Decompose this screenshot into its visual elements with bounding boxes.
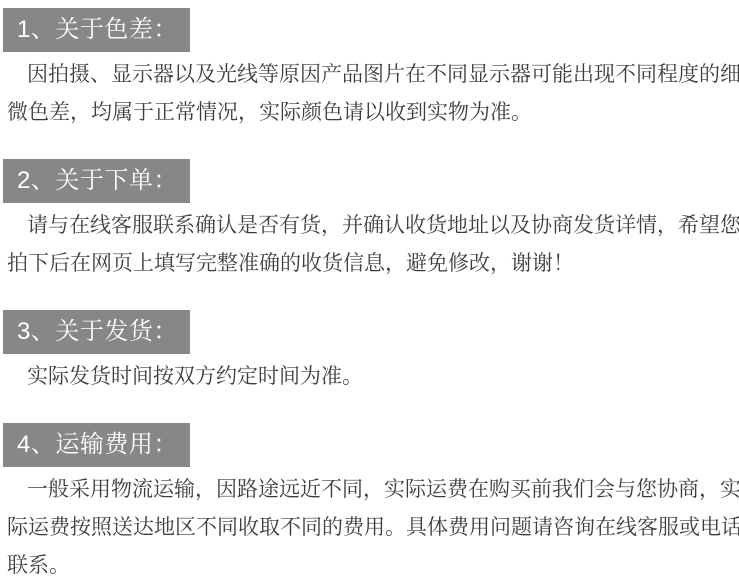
body-line: 请与在线客服联系确认是否有货，并确认收货地址以及协商发货详情，希望您 bbox=[7, 207, 735, 245]
body-ordering: 请与在线客服联系确认是否有货，并确认收货地址以及协商发货详情，希望您 拍下后在网… bbox=[7, 207, 735, 283]
body-line: 微色差，均属于正常情况，实际颜色请以收到实物为准。 bbox=[7, 94, 735, 132]
body-line: 联系。 bbox=[7, 547, 735, 581]
product-notice-page: 1、关于色差： 因拍摄、显示器以及光线等原因产品图片在不同显示器可能出现不同程度… bbox=[0, 0, 739, 581]
section-transport-cost: 4、运输费用： 一般采用物流运输，因路途远近不同，实际运费在购买前我们会与您协商… bbox=[0, 423, 739, 581]
section-shipping: 3、关于发货： 实际发货时间按双方约定时间为准。 bbox=[0, 310, 739, 396]
body-line: 实际发货时间按双方约定时间为准。 bbox=[7, 358, 735, 396]
body-shipping: 实际发货时间按双方约定时间为准。 bbox=[7, 358, 735, 396]
body-line: 拍下后在网页上填写完整准确的收货信息，避免修改，谢谢！ bbox=[7, 245, 735, 283]
heading-transport-cost: 4、运输费用： bbox=[3, 423, 190, 467]
section-color-difference: 1、关于色差： 因拍摄、显示器以及光线等原因产品图片在不同显示器可能出现不同程度… bbox=[0, 8, 739, 132]
body-color-difference: 因拍摄、显示器以及光线等原因产品图片在不同显示器可能出现不同程度的细 微色差，均… bbox=[7, 56, 735, 132]
heading-color-difference: 1、关于色差： bbox=[3, 8, 190, 52]
body-transport-cost: 一般采用物流运输，因路途远近不同，实际运费在购买前我们会与您协商，实 际运费按照… bbox=[7, 471, 735, 581]
body-line: 一般采用物流运输，因路途远近不同，实际运费在购买前我们会与您协商，实 bbox=[7, 471, 735, 509]
body-line: 因拍摄、显示器以及光线等原因产品图片在不同显示器可能出现不同程度的细 bbox=[7, 56, 735, 94]
heading-shipping: 3、关于发货： bbox=[3, 310, 190, 354]
section-ordering: 2、关于下单： 请与在线客服联系确认是否有货，并确认收货地址以及协商发货详情，希… bbox=[0, 159, 739, 283]
body-line: 际运费按照送达地区不同收取不同的费用。具体费用问题请咨询在线客服或电话 bbox=[7, 509, 735, 547]
heading-ordering: 2、关于下单： bbox=[3, 159, 190, 203]
